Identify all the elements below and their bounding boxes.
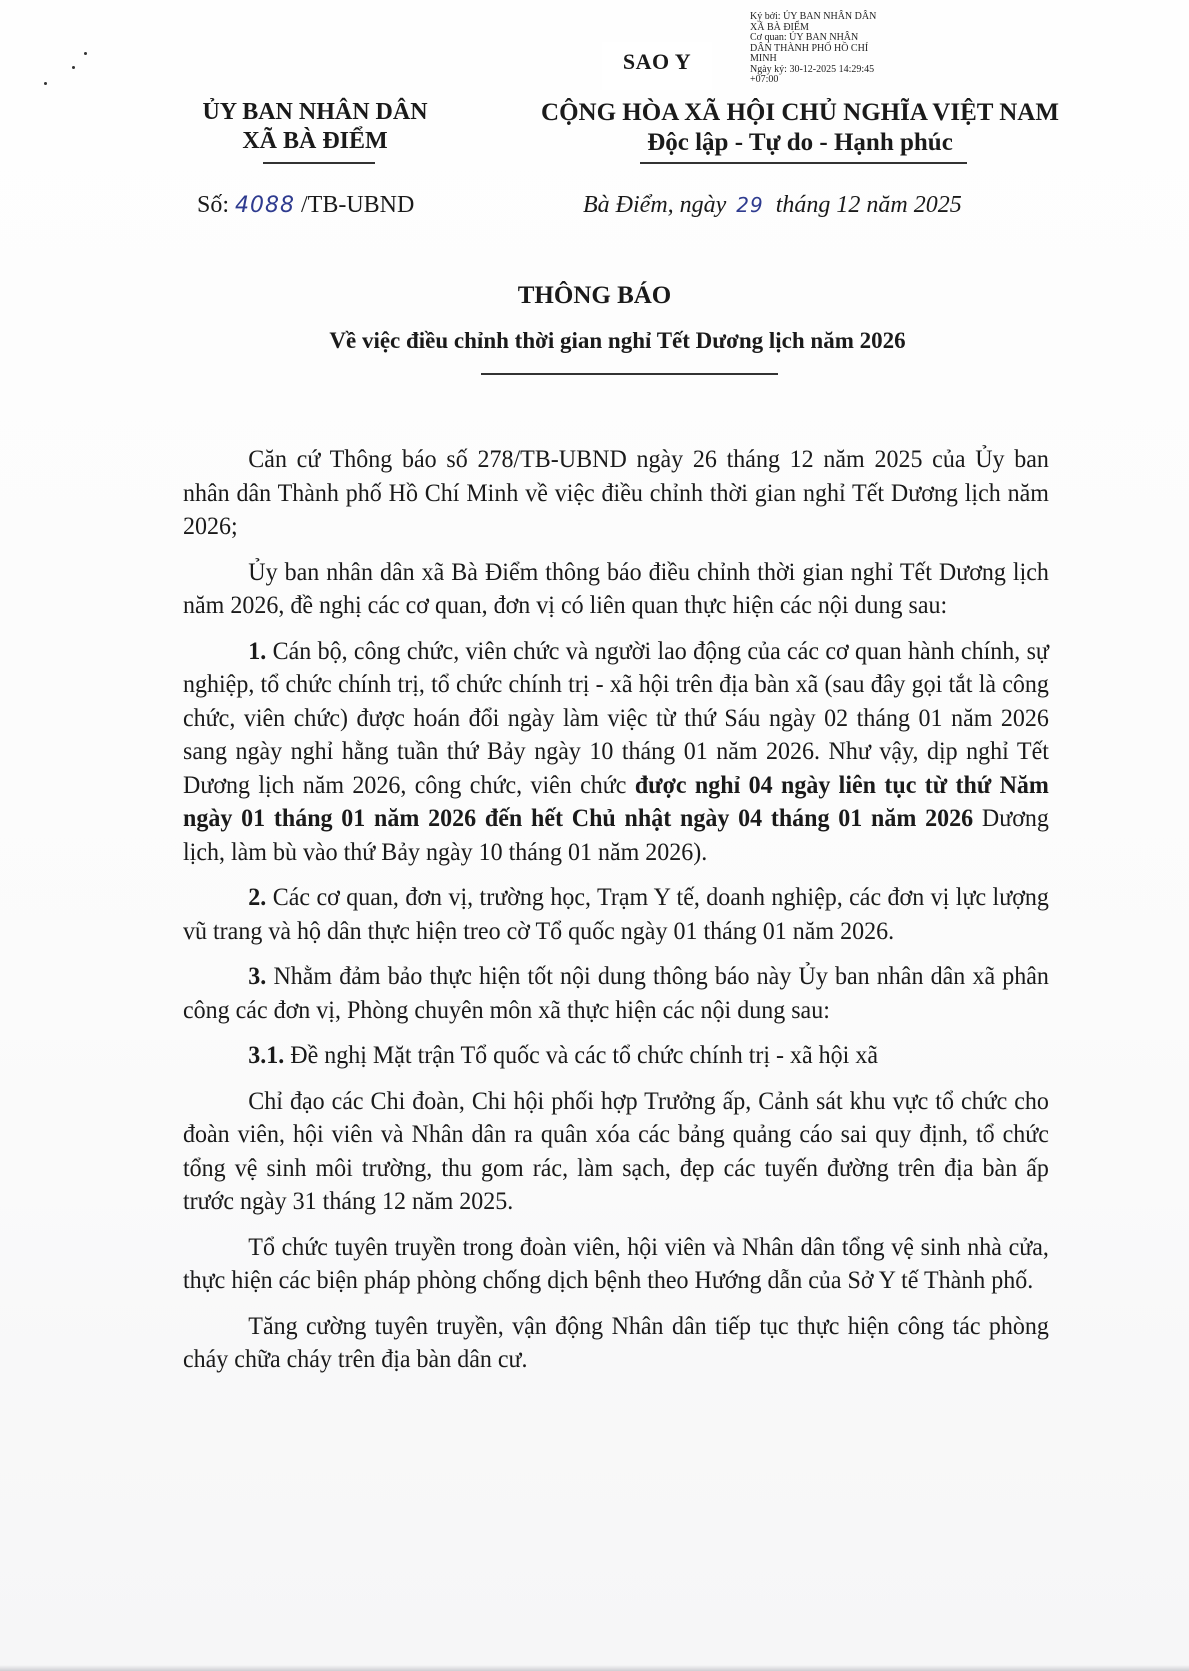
- agency-name-line1: ỦY BAN NHÂN DÂN: [160, 98, 470, 127]
- item-number: 2.: [248, 884, 266, 911]
- paragraph-cleanup-directive: Chỉ đạo các Chi đoàn, Chi hội phối hợp T…: [183, 1085, 1049, 1219]
- scan-artifact-marks: [40, 48, 90, 88]
- signature-line: Cơ quan: ỦY BAN NHÂN: [750, 33, 890, 44]
- item-2-text: Các cơ quan, đơn vị, trường học, Trạm Y …: [183, 884, 1049, 945]
- item-3-1: 3.1. Đề nghị Mặt trận Tổ quốc và các tổ …: [183, 1039, 1049, 1073]
- item-number: 3.: [248, 963, 266, 990]
- doc-number-handwritten: 4088: [235, 193, 295, 218]
- item-3: 3. Nhằm đảm bảo thực hiện tốt nội dung t…: [183, 960, 1049, 1027]
- agency-name-line2: XÃ BÀ ĐIỂM: [160, 127, 470, 156]
- signature-line: MINH: [750, 54, 890, 65]
- national-motto: Độc lập - Tự do - Hạnh phúc: [520, 127, 1080, 159]
- paragraph-sanitation-propaganda: Tổ chức tuyên truyền trong đoàn viên, hộ…: [183, 1231, 1049, 1298]
- national-header: CỘNG HÒA XÃ HỘI CHỦ NGHĨA VIỆT NAM Độc l…: [520, 98, 1080, 159]
- paragraph-legal-basis: Căn cứ Thông báo số 278/TB-UBND ngày 26 …: [183, 443, 1049, 544]
- doc-number-prefix: Số:: [197, 192, 229, 218]
- document-body: Căn cứ Thông báo số 278/TB-UBND ngày 26 …: [183, 443, 1049, 1389]
- place-and-date: Bà Điểm, ngày 29 tháng 12 năm 2025: [583, 192, 962, 219]
- place-date-prefix: Bà Điểm, ngày: [583, 192, 726, 218]
- signature-line: +07:00: [750, 75, 890, 86]
- place-date-suffix: tháng 12 năm 2025: [776, 192, 962, 218]
- subject-underline: [481, 373, 778, 375]
- day-handwritten: 29: [736, 193, 763, 217]
- item-2: 2. Các cơ quan, đơn vị, trường học, Trạm…: [183, 881, 1049, 948]
- copy-stamp: SAO Y: [602, 42, 712, 90]
- item-1: 1. Cán bộ, công chức, viên chức và người…: [183, 635, 1049, 870]
- doc-number-suffix: /TB-UBND: [301, 192, 414, 218]
- paragraph-intro: Ủy ban nhân dân xã Bà Điểm thông báo điề…: [183, 556, 1049, 623]
- item-number: 3.1.: [248, 1042, 284, 1069]
- agency-underline: [263, 162, 375, 164]
- digital-signature-info: Ký bởi: ỦY BAN NHÂN DÂN XÃ BÀ ĐIỂM Cơ qu…: [750, 12, 890, 86]
- issuing-agency: ỦY BAN NHÂN DÂN XÃ BÀ ĐIỂM: [160, 98, 470, 156]
- document-page: SAO Y Ký bởi: ỦY BAN NHÂN DÂN XÃ BÀ ĐIỂM…: [0, 0, 1189, 1671]
- document-number: Số: 4088 /TB-UBND: [197, 192, 414, 219]
- motto-underline: [640, 162, 967, 164]
- item-3-1-text: Đề nghị Mặt trận Tổ quốc và các tổ chức …: [284, 1042, 878, 1069]
- nation-name: CỘNG HÒA XÃ HỘI CHỦ NGHĨA VIỆT NAM: [520, 98, 1080, 127]
- signature-line: Ký bởi: ỦY BAN NHÂN DÂN: [750, 12, 890, 23]
- item-number: 1.: [248, 638, 266, 665]
- document-title: THÔNG BÁO: [0, 282, 1189, 310]
- paragraph-fire-prevention: Tăng cường tuyên truyền, vận động Nhân d…: [183, 1310, 1049, 1377]
- scan-edge: [0, 1665, 1189, 1671]
- document-subject: Về việc điều chỉnh thời gian nghỉ Tết Dư…: [0, 328, 1189, 354]
- item-3-text: Nhằm đảm bảo thực hiện tốt nội dung thôn…: [183, 963, 1049, 1024]
